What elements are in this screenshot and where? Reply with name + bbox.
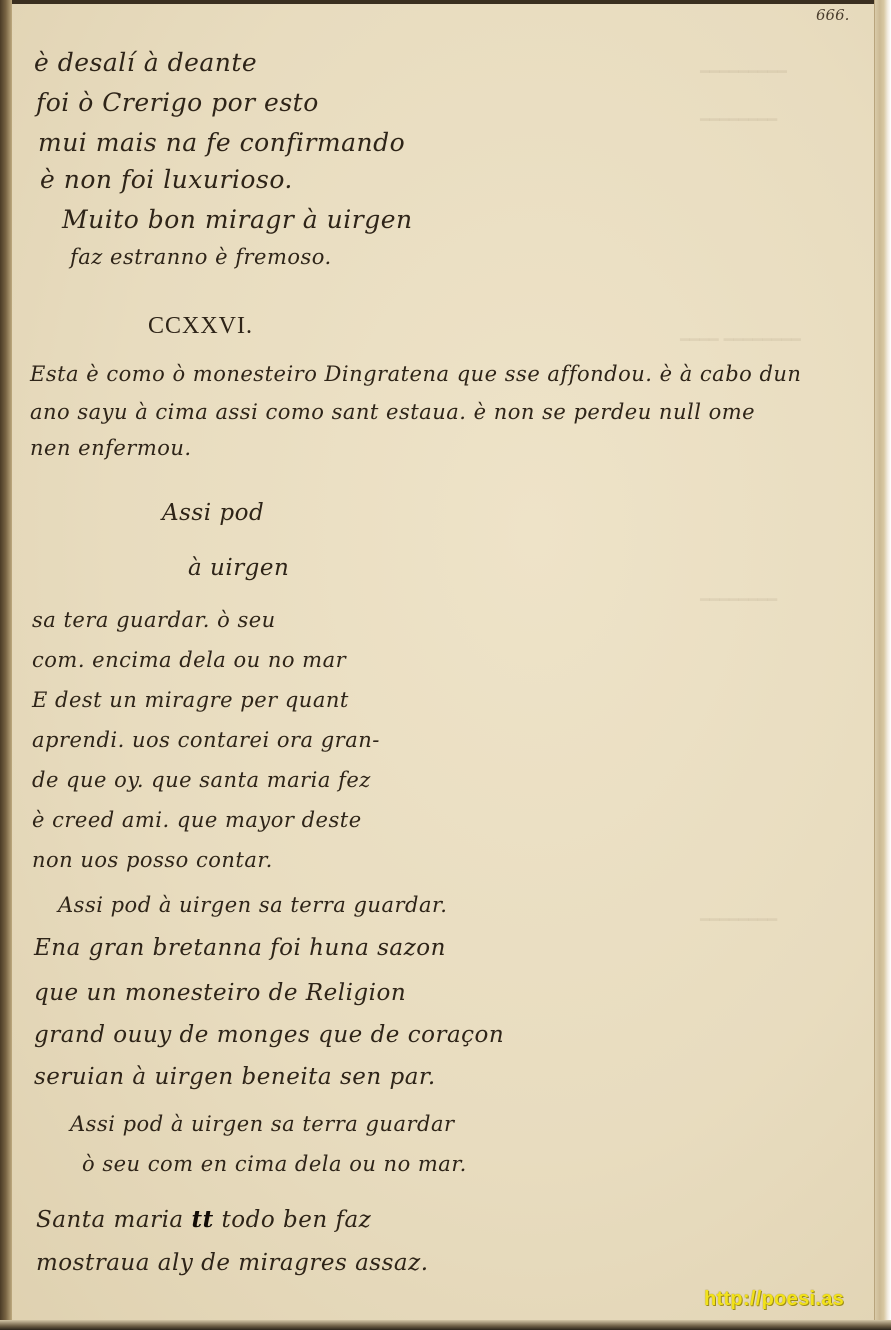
stanza-line: Ena gran bretanna foi huna sazon <box>34 935 446 961</box>
verse-line: com. encima dela ou no mar <box>32 648 346 672</box>
bleed-through-text: ━━━━━━━━━ <box>700 62 787 81</box>
rubric-line: ano sayu à cima assi como sant estaua. è… <box>30 400 755 424</box>
closing-line: Santa maria tt todo ben faz <box>36 1206 371 1233</box>
stanza-line: seruian à uirgen beneita sen par. <box>34 1064 436 1090</box>
site-watermark: http://poesi.as <box>704 1288 844 1311</box>
verse-line: sa tera guardar. ò seu <box>32 608 276 632</box>
manuscript-page: ━━━━━━━━━ ━━━━━━━━ ━━━━ ━━━━━━━━ ━━━━━━━… <box>0 0 891 1330</box>
bleed-through-text: ━━━━ ━━━━━━━━ <box>680 330 801 349</box>
section-numeral: CCXXVI. <box>148 313 253 340</box>
verse-line: è non foi luxurioso. <box>40 165 293 194</box>
verse-line: foi ò Crerigo por esto <box>36 88 319 117</box>
refrain-line: ò seu com en cima dela ou no mar. <box>82 1152 467 1176</box>
verse-line: non uos posso contar. <box>32 848 273 872</box>
bleed-through-text: ━━━━━━━━ <box>700 590 777 609</box>
verse-line: aprendi. uos contarei ora gran- <box>32 728 380 752</box>
folio-number: 666. <box>816 6 849 24</box>
page-bottom-edge <box>0 1320 891 1330</box>
refrain-line: Assi pod <box>162 500 264 526</box>
refrain-line: à uirgen <box>188 555 289 581</box>
verse-line: faz estranno è fremoso. <box>70 245 332 269</box>
bleed-through-text: ━━━━━━━━ <box>700 110 777 129</box>
page-fore-edge <box>874 0 891 1330</box>
stanza-line: grand ouuy de monges que de coraçon <box>34 1022 504 1048</box>
rubric-line: nen enfermou. <box>30 436 192 460</box>
refrain-line: Assi pod à uirgen sa terra guardar <box>70 1112 455 1136</box>
closing-line: mostraua aly de miragres assaz. <box>36 1250 429 1276</box>
verse-line: è creed ami. que mayor deste <box>32 808 362 832</box>
verse-line: de que oy. que santa maria fez <box>32 768 371 792</box>
ink-blot-correction: tt <box>191 1206 213 1233</box>
verse-line: Muito bon miragr à uirgen <box>62 205 413 234</box>
bleed-through-text: ━━━━━━━━ <box>700 910 777 929</box>
closing-text: Santa maria <box>36 1207 184 1233</box>
closing-text: todo ben faz <box>222 1207 372 1233</box>
verse-line: è desalí à deante <box>34 48 257 77</box>
verse-line: mui mais na fe confirmando <box>38 128 405 157</box>
stanza-line: que un monesteiro de Religion <box>34 980 406 1006</box>
book-gutter <box>0 0 12 1330</box>
rubric-line: Esta è como ò monesteiro Dingratena que … <box>30 362 801 386</box>
verse-line: E dest un miragre per quant <box>32 688 349 712</box>
page-top-edge <box>0 0 891 4</box>
refrain-line: Assi pod à uirgen sa terra guardar. <box>58 893 447 917</box>
